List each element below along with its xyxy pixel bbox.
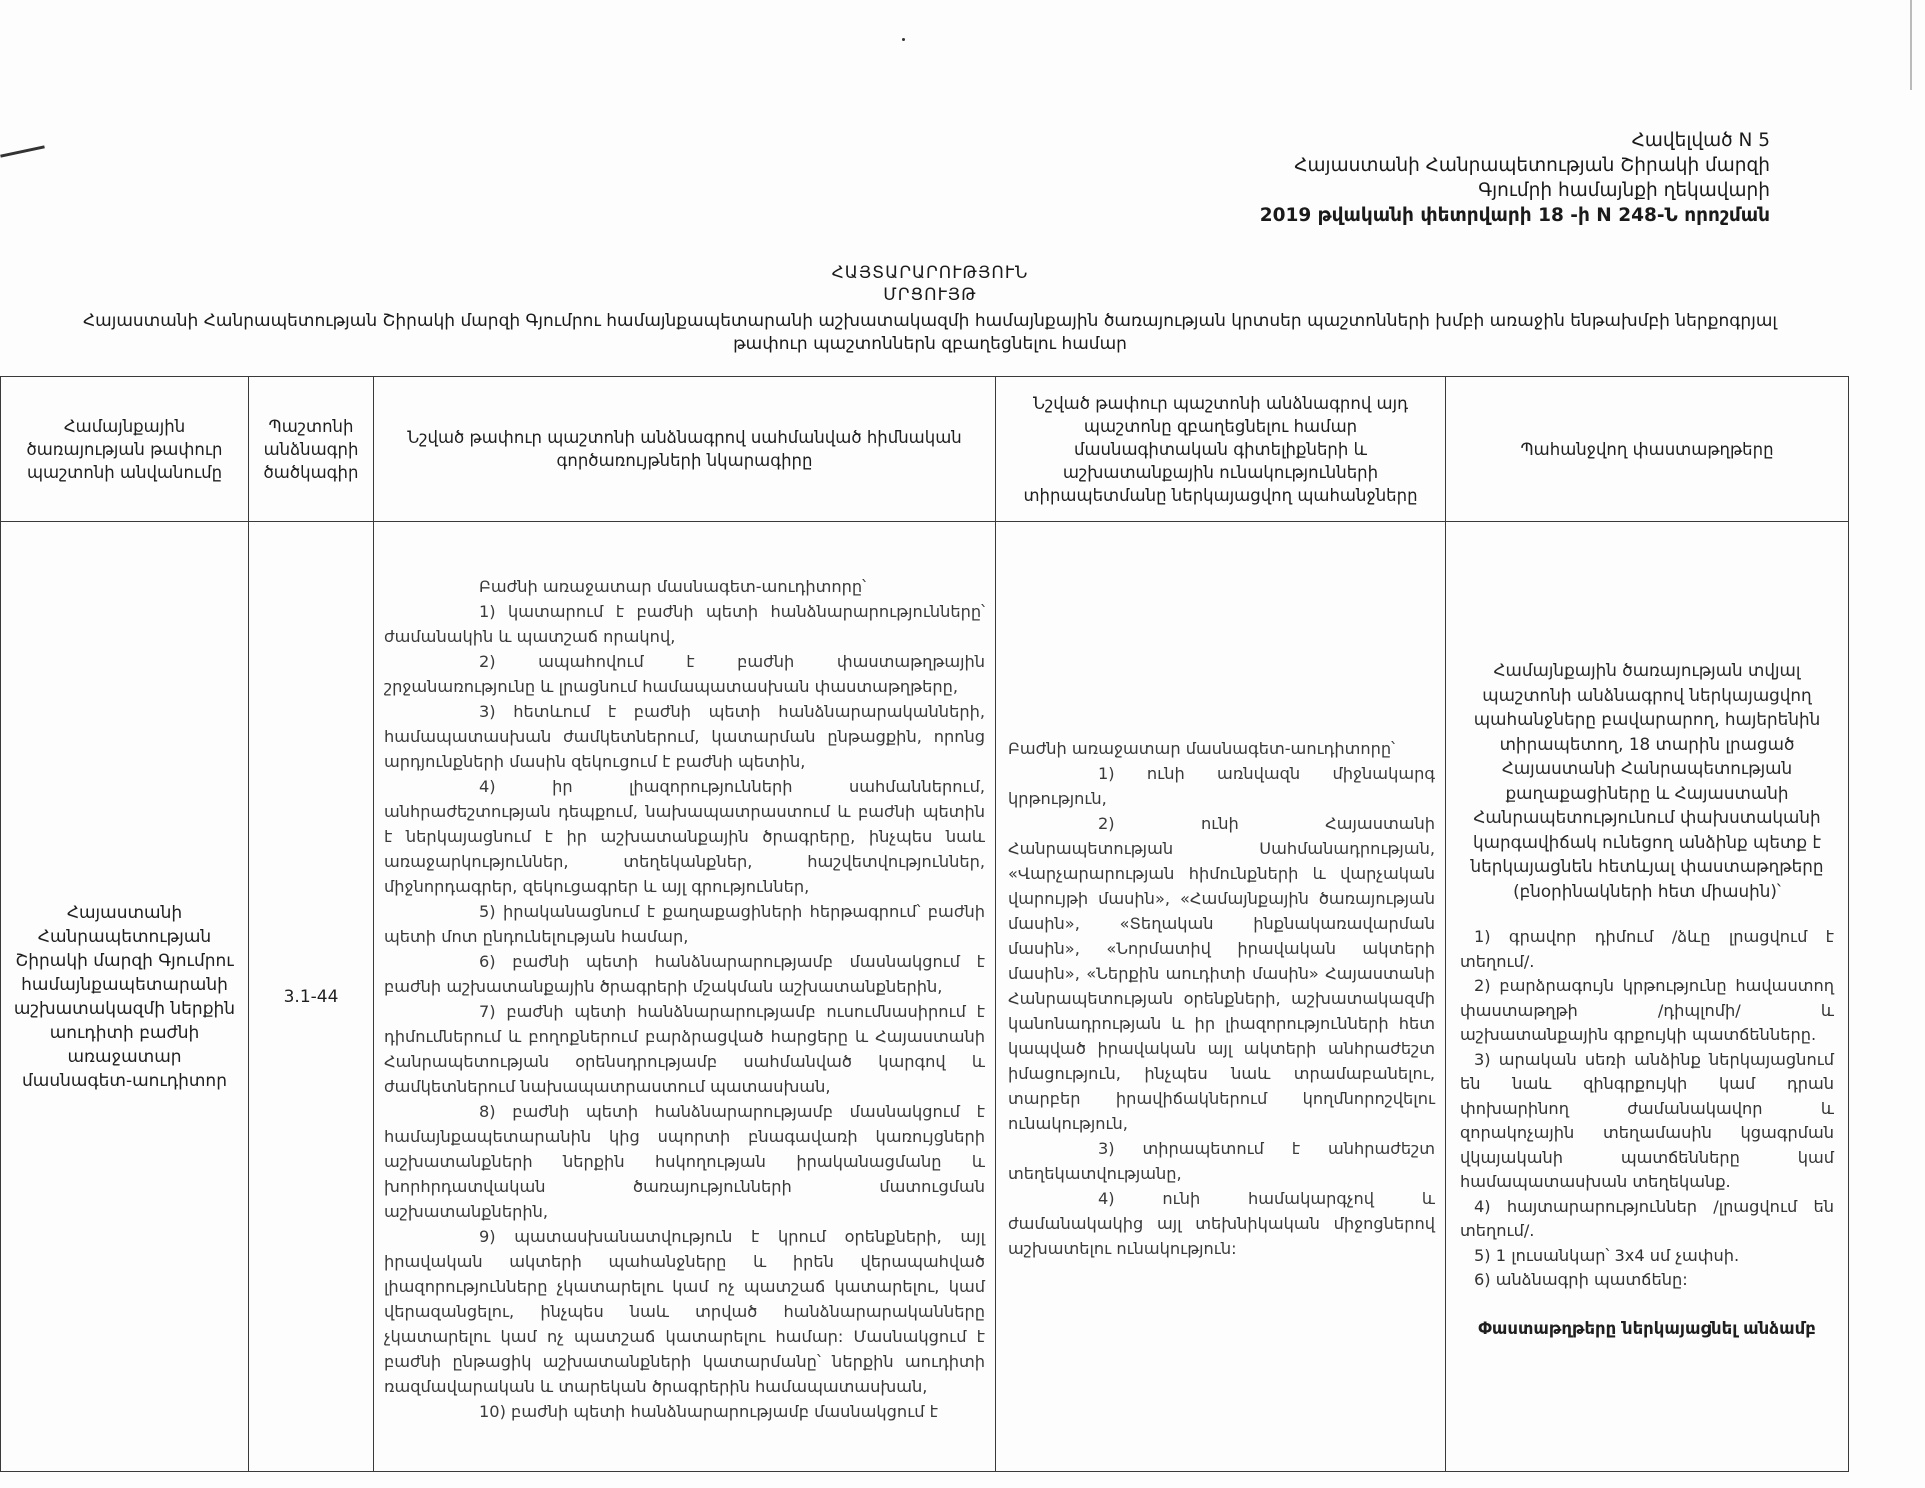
cell-requirements: Բաժնի առաջատար մասնագետ-աուդիտորը՝ 1) ու… bbox=[996, 522, 1446, 1472]
header-position-code: Պաշտոնի անձնագրի ծածկագիր bbox=[249, 377, 374, 522]
document-item: 2) բարձրագույն կրթությունը հավաստող փաստ… bbox=[1460, 974, 1834, 1048]
annex-line: Հայաստանի Հանրապետության Շիրակի մարզի bbox=[1260, 153, 1770, 178]
duty-item: 5) իրականացնում է քաղաքացիների հերթագրու… bbox=[384, 899, 985, 949]
requirement-item: 1) ունի առնվազն միջնակարգ կրթություն, bbox=[1008, 761, 1435, 811]
header-documents: Պահանջվող փաստաթղթերը bbox=[1446, 377, 1849, 522]
documents-final-note: Փաստաթղթերը ներկայացնել անձամբ bbox=[1460, 1317, 1834, 1342]
vacancy-table: Համայնքային ծառայության թափուր պաշտոնի ա… bbox=[0, 376, 1849, 1472]
annex-line: Հավելված N 5 bbox=[1260, 128, 1770, 153]
competition-title: ՄՐՑՈՒՅԹ bbox=[80, 284, 1780, 306]
duty-item: 2) ապահովում է բաժնի փաստաթղթային շրջանա… bbox=[384, 649, 985, 699]
scan-artifact-edge bbox=[1910, 0, 1912, 90]
cell-position-name: Հայաստանի Հանրապետության Շիրակի մարզի Գյ… bbox=[1, 522, 249, 1472]
document-item: 3) արական սեռի անձինք ներկայացնում են նա… bbox=[1460, 1048, 1834, 1195]
annex-line: Գյումրի համայնքի ղեկավարի bbox=[1260, 178, 1770, 203]
duty-item: 1) կատարում է բաժնի պետի հանձնարարությու… bbox=[384, 599, 985, 649]
header-position-name: Համայնքային ծառայության թափուր պաշտոնի ա… bbox=[1, 377, 249, 522]
duty-item: 6) բաժնի պետի հանձնարարությամբ մասնակցու… bbox=[384, 949, 985, 999]
duty-item: 10) բաժնի պետի հանձնարարությամբ մասնակցո… bbox=[384, 1399, 985, 1424]
requirements-lead: Բաժնի առաջատար մասնագետ-աուդիտորը՝ bbox=[1008, 736, 1435, 761]
cell-duties: Բաժնի առաջատար մասնագետ-աուդիտորը՝ 1) կա… bbox=[374, 522, 996, 1472]
documents-intro: Համայնքային ծառայության տվյալ պաշտոնի ան… bbox=[1460, 658, 1834, 903]
announcement-title: ՀԱՅՏԱՐԱՐՈՒԹՅՈՒՆ bbox=[80, 262, 1780, 284]
duty-item: 7) բաժնի պետի հանձնարարությամբ ուսումնաս… bbox=[384, 999, 985, 1099]
cell-position-code: 3.1-44 bbox=[249, 522, 374, 1472]
header-requirements: Նշված թափուր պաշտոնի անձնագրով այդ պաշտո… bbox=[996, 377, 1446, 522]
document-heading: ՀԱՅՏԱՐԱՐՈՒԹՅՈՒՆ ՄՐՑՈՒՅԹ Հայաստանի Հանրապ… bbox=[80, 262, 1780, 356]
cell-documents: Համայնքային ծառայության տվյալ պաշտոնի ան… bbox=[1446, 522, 1849, 1472]
requirement-item: 2) ունի Հայաստանի Հանրապետության Սահմանա… bbox=[1008, 811, 1435, 1136]
table-header-row: Համայնքային ծառայության թափուր պաշտոնի ա… bbox=[1, 377, 1849, 522]
document-item: 5) 1 լուսանկար՝ 3x4 սմ չափսի. bbox=[1460, 1244, 1834, 1269]
annex-line: 2019 թվականի փետրվարի 18 -ի N 248-Ն որոշ… bbox=[1260, 203, 1770, 228]
document-item: 4) հայտարարություններ /լրացվում են տեղու… bbox=[1460, 1195, 1834, 1244]
scan-artifact-line bbox=[0, 145, 45, 157]
scan-artifact-dot bbox=[902, 38, 905, 41]
duty-item: 8) բաժնի պետի հանձնարարությամբ մասնակցու… bbox=[384, 1099, 985, 1224]
duty-item: 4) իր լիազորությունների սահմաններում, ան… bbox=[384, 774, 985, 899]
competition-description: Հայաստանի Հանրապետության Շիրակի մարզի Գյ… bbox=[80, 310, 1780, 356]
requirement-item: 4) ունի համակարգչով և ժամանակակից այլ տե… bbox=[1008, 1186, 1435, 1261]
table-row: Հայաստանի Հանրապետության Շիրակի մարզի Գյ… bbox=[1, 522, 1849, 1472]
duty-item: 3) հետևում է բաժնի պետի հանձնարարականներ… bbox=[384, 699, 985, 774]
requirement-item: 3) տիրապետում է անհրաժեշտ տեղեկատվության… bbox=[1008, 1136, 1435, 1186]
duties-lead: Բաժնի առաջատար մասնագետ-աուդիտորը՝ bbox=[384, 574, 985, 599]
annex-block: Հավելված N 5 Հայաստանի Հանրապետության Շի… bbox=[1260, 128, 1770, 228]
document-item: 6) անձնագրի պատճենը: bbox=[1460, 1268, 1834, 1293]
header-duties: Նշված թափուր պաշտոնի անձնագրով սահմանված… bbox=[374, 377, 996, 522]
document-item: 1) գրավոր դիմում /ձևը լրացվում է տեղում/… bbox=[1460, 925, 1834, 974]
duty-item: 9) պատասխանատվություն է կրում օրենքների,… bbox=[384, 1224, 985, 1399]
